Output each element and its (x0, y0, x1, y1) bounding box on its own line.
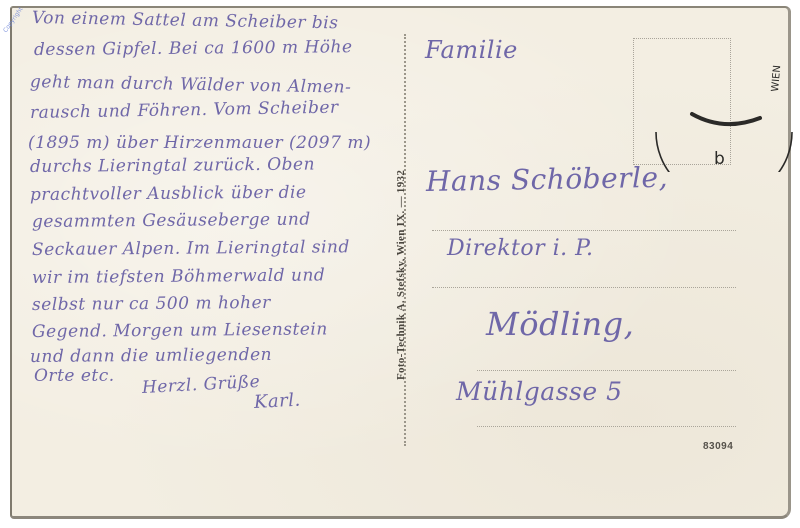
message-line: (1895 m) über Hirzenmauer (2097 m) (28, 133, 371, 153)
message-line: wir im tiefsten Böhmerwald und (32, 265, 325, 288)
message-line: dessen Gipfel. Bei ca 1600 m Höhe (34, 37, 353, 60)
signature: Karl. (253, 390, 301, 413)
message-line: Seckauer Alpen. Im Lieringtal sind (32, 237, 350, 260)
message-line: und dann die umliegenden (30, 345, 272, 367)
message-line: gesammten Gesäuseberge und (32, 210, 311, 232)
address-line-4 (477, 426, 736, 427)
message-line: Orte etc. (34, 366, 115, 386)
address-city: Mödling, (486, 305, 634, 343)
postmark-edge-text: WIEN (770, 65, 783, 92)
message-line: Gegend. Morgen um Liesenstein (32, 319, 328, 342)
message-line: selbst nur ca 500 m hoher (32, 293, 271, 315)
address-line-1 (432, 230, 736, 231)
publisher-imprint: Foto-Technik A. Stefsky, Wien IX. — 1932 (395, 170, 407, 380)
postmark-icon: b WIEN (654, 32, 794, 172)
address-street: Mühlgasse 5 (456, 377, 623, 406)
address-title: Direktor i. P. (447, 236, 594, 261)
address-salutation: Familie (425, 36, 518, 64)
message-line: prachtvoller Ausblick über die (30, 183, 307, 205)
address-name: Hans Schöberle, (426, 161, 669, 198)
serial-number: 83094 (703, 441, 733, 452)
address-line-3 (477, 370, 736, 371)
postmark-letter: b (714, 149, 725, 169)
address-line-2 (432, 287, 736, 288)
message-line: durchs Lieringtal zurück. Oben (30, 155, 315, 177)
